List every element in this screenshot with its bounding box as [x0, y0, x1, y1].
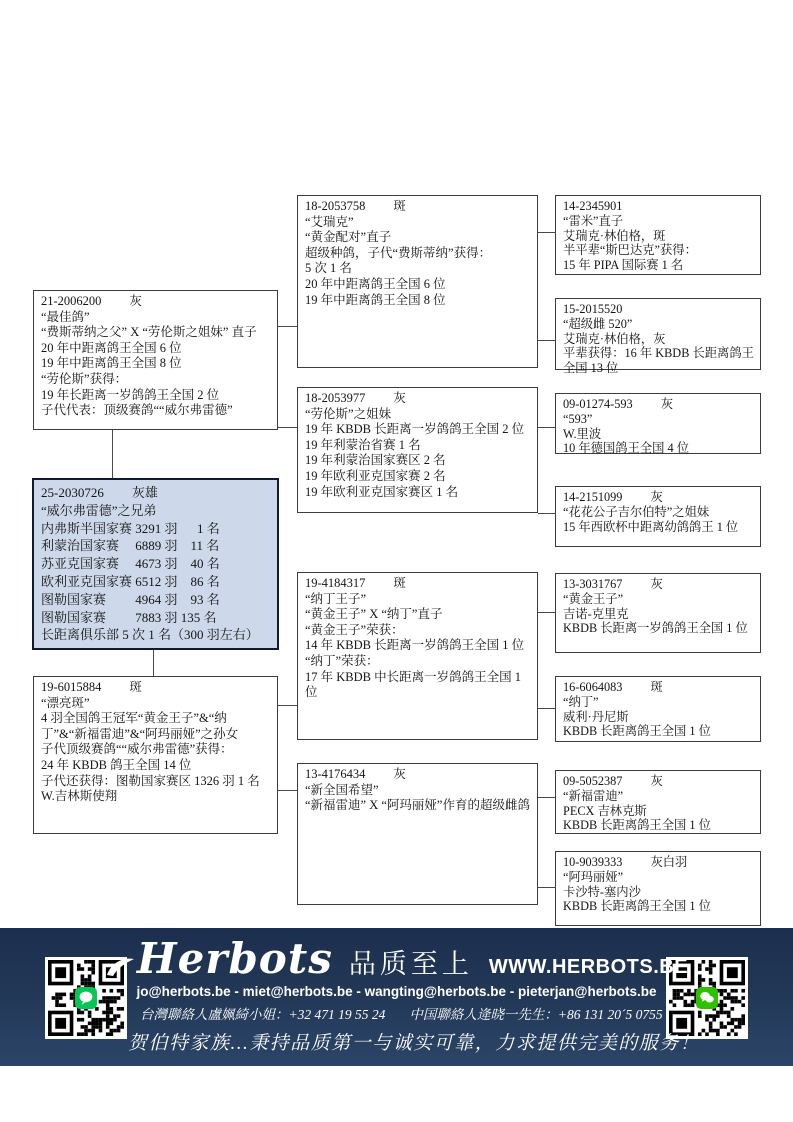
box-header: 25-2030726灰雄	[41, 484, 271, 502]
connector-line	[278, 705, 297, 706]
box-details: “纳丁王子” “黄金王子” X “纳丁”直子 “黄金王子”荣获： 14 年 KB…	[305, 592, 531, 701]
pedigree-box-16-6064083: 16-6064083斑 “纳丁” 威利·丹尼斯 KBDB 长距离鸽王全国 1 位	[555, 676, 761, 742]
footer-emails: jo@herbots.be - miet@herbots.be - wangti…	[128, 984, 665, 999]
box-details: “最佳鸽” “费斯蒂纳之父” X “劳伦斯之姐妹” 直子 20 年中距离鸽王全国…	[41, 310, 271, 419]
connector-line	[538, 612, 555, 613]
brand-row: Herbots 品质至上 WWW.HERBOTS.BE	[128, 938, 665, 981]
box-header: 09-5052387灰	[563, 774, 754, 789]
pedigree-box-14-2345901: 14-2345901 “雷米”直子 艾瑞克·林伯格，斑 半平辈“斯巴达克”获得：…	[555, 195, 761, 275]
color-label: 灰	[650, 577, 662, 591]
ring-number: 18-2053977	[305, 391, 365, 405]
box-details: “劳伦斯”之姐妹 19 年 KBDB 长距离一岁鸽鸽王全国 2 位 19 年利蒙…	[305, 407, 531, 501]
ring-number: 10-9039333	[563, 855, 622, 869]
herbots-logo: Herbots	[105, 938, 333, 980]
ring-number: 18-2053758	[305, 199, 365, 213]
pedigree-page: 21-2006200灰 “最佳鸽” “费斯蒂纳之父” X “劳伦斯之姐妹” 直子…	[0, 0, 793, 1122]
ring-number: 15-2015520	[563, 302, 622, 316]
footer-center: Herbots 品质至上 WWW.HERBOTS.BE jo@herbots.b…	[128, 938, 665, 1055]
connector-line	[538, 340, 555, 341]
pedigree-box-dam: 19-6015884斑 “漂亮斑” 4 羽全国鸽王冠军“黄金王子”&“纳丁”&“…	[33, 676, 278, 834]
box-header: 10-9039333灰白羽	[563, 855, 754, 870]
box-header: 13-3031767灰	[563, 577, 754, 592]
color-label: 灰	[661, 397, 673, 411]
box-details: “艾瑞克” “黄金配对”直子 超级种鸽，子代“费斯蒂纳”获得： 5 次 1 名 …	[305, 215, 531, 309]
line-icon	[75, 987, 97, 1009]
connector-line	[538, 708, 555, 709]
connector-line	[153, 650, 154, 676]
pedigree-box-09-01274-593: 09-01274-593灰 “593” W.里波 10 年德国鸽王全国 4 位	[555, 393, 761, 454]
pedigree-box-sire: 21-2006200灰 “最佳鸽” “费斯蒂纳之父” X “劳伦斯之姐妹” 直子…	[33, 290, 278, 430]
box-details: “超级雌 520” 艾瑞克·林伯格，灰 平辈获得：16 年 KBDB 长距离鸽王…	[563, 317, 754, 376]
pedigree-box-13-3031767: 13-3031767灰 “黄金王子” 吉诺-克里克 KBDB 长距离一岁鸽鸽王全…	[555, 573, 761, 653]
box-details: “纳丁” 威利·丹尼斯 KBDB 长距离鸽王全国 1 位	[563, 695, 754, 739]
ring-number: 13-3031767	[563, 577, 622, 591]
box-header: 19-4184317斑	[305, 576, 531, 592]
connector-line	[538, 427, 555, 428]
ring-number: 09-5052387	[563, 774, 622, 788]
pedigree-box-subject: 25-2030726灰雄 “威尔弗雷德”之兄弟 内弗斯半国家赛 3291 羽 1…	[32, 478, 279, 650]
box-header: 09-01274-593灰	[563, 397, 754, 412]
connector-line	[538, 232, 555, 233]
color-label: 灰	[393, 767, 406, 781]
pedigree-box-09-5052387: 09-5052387灰 “新福雷迪” PECX 吉林克斯 KBDB 长距离鸽王全…	[555, 770, 761, 834]
color-label: 灰白羽	[650, 855, 687, 869]
connector-line	[112, 430, 113, 478]
footer-contacts: 台灣聯絡人盧姵綺小姐：+32 471 19 55 24中国聯絡人逄晓一先生：+8…	[128, 1003, 665, 1023]
color-label: 灰雄	[132, 485, 158, 500]
footer-tagline: 贺伯特家族...秉持品质第一与诚实可靠，力求提供完美的服务！	[128, 1028, 665, 1055]
box-details: “阿玛丽娅” 卡沙特-塞内沙 KBDB 长距离鸽王全国 1 位	[563, 870, 754, 914]
pedigree-box-dam-sire: 19-4184317斑 “纳丁王子” “黄金王子” X “纳丁”直子 “黄金王子…	[297, 572, 538, 740]
color-label: 斑	[393, 199, 406, 213]
box-details: “花花公子吉尔伯特”之姐妹 15 年西欧杯中距离幼鸽鸽王 1 位	[563, 505, 754, 535]
ring-number: 14-2151099	[563, 490, 622, 504]
connector-line	[278, 427, 297, 428]
box-header: 16-6064083斑	[563, 680, 754, 695]
pedigree-box-sire-sire: 18-2053758斑 “艾瑞克” “黄金配对”直子 超级种鸽，子代“费斯蒂纳”…	[297, 195, 538, 368]
box-header: 13-4176434灰	[305, 767, 531, 783]
box-details: “漂亮斑” 4 羽全国鸽王冠军“黄金王子”&“纳丁”&“新福雷迪”&“阿玛丽娅”…	[41, 696, 271, 805]
color-label: 斑	[650, 680, 662, 694]
ring-number: 16-6064083	[563, 680, 622, 694]
box-details: “威尔弗雷德”之兄弟 内弗斯半国家赛 3291 羽 1 名 利蒙治国家赛 688…	[41, 502, 271, 644]
pedigree-box-dam-dam: 13-4176434灰 “新全国希望” “新福雷迪” X “阿玛丽娅”作育的超级…	[297, 763, 538, 905]
ring-number: 21-2006200	[41, 294, 101, 308]
color-label: 斑	[393, 576, 406, 590]
ring-number: 09-01274-593	[563, 397, 633, 411]
footer-slogan: 品质至上	[349, 942, 473, 981]
connector-line	[538, 887, 555, 888]
ring-number: 25-2030726	[41, 485, 104, 500]
box-header: 18-2053977灰	[305, 391, 531, 407]
box-details: “雷米”直子 艾瑞克·林伯格，斑 半平辈“斯巴达克”获得： 15 年 PIPA …	[563, 214, 754, 273]
connector-line	[538, 797, 555, 798]
box-header: 14-2151099灰	[563, 490, 754, 505]
wechat-icon	[696, 987, 718, 1009]
pedigree-box-10-9039333: 10-9039333灰白羽 “阿玛丽娅” 卡沙特-塞内沙 KBDB 长距离鸽王全…	[555, 851, 761, 926]
ring-number: 19-6015884	[41, 680, 101, 694]
box-details: “新福雷迪” PECX 吉林克斯 KBDB 长距离鸽王全国 1 位	[563, 789, 754, 833]
footer-website: WWW.HERBOTS.BE	[489, 956, 688, 979]
footer-banner: Herbots 品质至上 WWW.HERBOTS.BE jo@herbots.b…	[0, 928, 793, 1066]
contact-taiwan: 台灣聯絡人盧姵綺小姐：+32 471 19 55 24	[140, 1007, 385, 1022]
ring-number: 14-2345901	[563, 199, 622, 213]
color-label: 斑	[129, 680, 142, 694]
box-details: “黄金王子” 吉诺-克里克 KBDB 长距离一岁鸽鸽王全国 1 位	[563, 592, 754, 636]
color-label: 灰	[393, 391, 406, 405]
box-header: 21-2006200灰	[41, 294, 271, 310]
connector-line	[278, 790, 297, 791]
color-label: 灰	[650, 774, 662, 788]
color-label: 灰	[129, 294, 142, 308]
box-header: 18-2053758斑	[305, 199, 531, 215]
wing-flourish-icon	[105, 955, 135, 977]
box-details: “新全国希望” “新福雷迪” X “阿玛丽娅”作育的超级雌鸽	[305, 783, 531, 814]
connector-line	[538, 513, 555, 514]
connector-line	[278, 326, 297, 327]
box-details: “593” W.里波 10 年德国鸽王全国 4 位	[563, 412, 754, 456]
pedigree-box-sire-dam: 18-2053977灰 “劳伦斯”之姐妹 19 年 KBDB 长距离一岁鸽鸽王全…	[297, 387, 538, 513]
ring-number: 13-4176434	[305, 767, 365, 781]
ring-number: 19-4184317	[305, 576, 365, 590]
box-header: 15-2015520	[563, 302, 754, 317]
contact-china: 中国聯絡人逄晓一先生：+86 131 20´5 0755	[409, 1007, 662, 1022]
pedigree-box-15-2015520: 15-2015520 “超级雌 520” 艾瑞克·林伯格，灰 平辈获得：16 年…	[555, 298, 761, 370]
box-header: 14-2345901	[563, 199, 754, 214]
box-header: 19-6015884斑	[41, 680, 271, 696]
color-label: 灰	[650, 490, 662, 504]
pedigree-box-14-2151099: 14-2151099灰 “花花公子吉尔伯特”之姐妹 15 年西欧杯中距离幼鸽鸽王…	[555, 486, 761, 547]
